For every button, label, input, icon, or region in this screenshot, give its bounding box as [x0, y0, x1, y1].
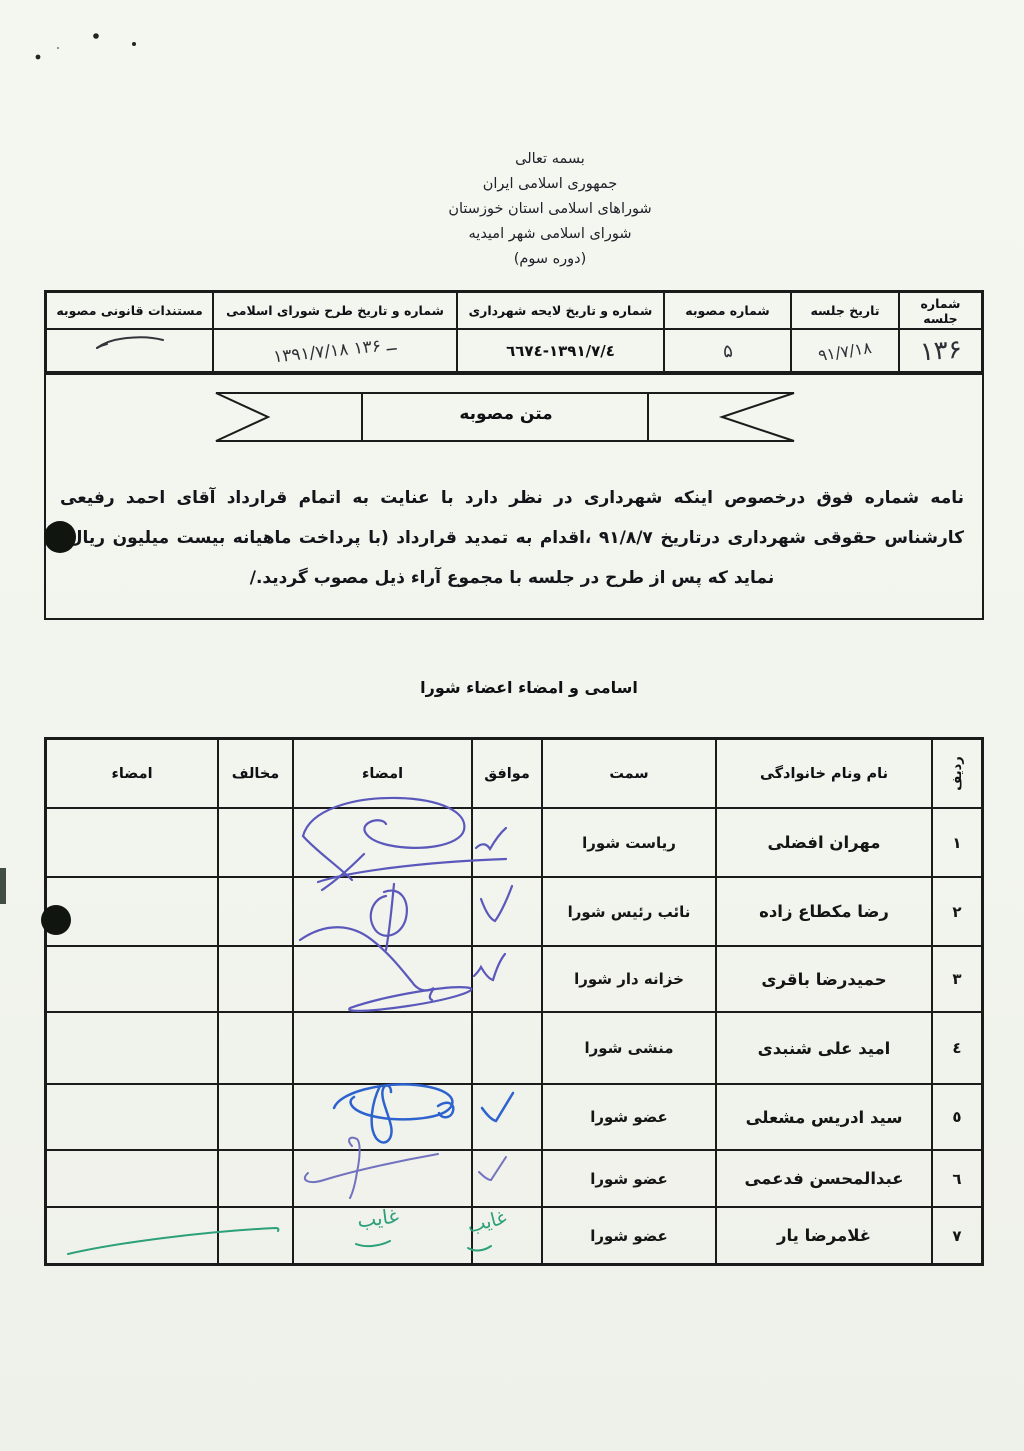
member-name: غلامرضا یار [716, 1207, 932, 1264]
signature-cell [293, 877, 472, 946]
meta-col-bill: شماره و تاریخ لایحه شهرداری [457, 292, 664, 329]
oppose-signature-cell [46, 877, 218, 946]
signature-cell [293, 946, 472, 1012]
resolution-line-1: نامه شماره فوق درخصوص اینکه شهرداری در ن… [60, 480, 964, 516]
member-position: منشی شورا [542, 1012, 716, 1084]
member-position: خزانه دار شورا [542, 946, 716, 1012]
col-name: نام ونام خانوادگی [716, 739, 932, 808]
meta-col-session-date: تاریخ جلسه [791, 292, 899, 329]
member-position: عضو شورا [542, 1207, 716, 1264]
meta-col-resolution-no: شماره مصوبه [664, 292, 791, 329]
row-no: ٥ [932, 1084, 982, 1150]
member-position: ریاست شورا [542, 808, 716, 877]
printed-bill-no-date: ١٣٩١/٧/٤-٦٦٧٤ [506, 342, 615, 360]
agree-mark-cell [472, 877, 542, 946]
scan-edge-artifact [0, 868, 6, 904]
scanned-council-resolution-page: بسمه تعالی جمهوری اسلامی ایران شوراهای ا… [0, 0, 1024, 1451]
scan-specks [36, 33, 136, 59]
col-signature: امضاء [293, 739, 472, 808]
member-position: عضو شورا [542, 1084, 716, 1150]
oppose-mark-cell [218, 946, 293, 1012]
meta-col-legal-docs: مستندات قانونی مصوبه [46, 292, 213, 329]
member-name: حمیدرضا باقری [716, 946, 932, 1012]
oppose-signature-cell [46, 946, 218, 1012]
members-table: ردیف نام ونام خانوادگی سمت موافق امضاء م… [44, 737, 984, 1266]
member-name: امید علی شنبدی [716, 1012, 932, 1084]
oppose-signature-cell [46, 1150, 218, 1207]
meta-table: شماره جلسه تاریخ جلسه شماره مصوبه شماره … [44, 290, 984, 375]
meta-value-bill: ١٣٩١/٧/٤-٦٦٧٤ [457, 329, 664, 373]
signature-cell [293, 808, 472, 877]
meta-col-plan: شماره و تاریخ طرح شورای اسلامی [213, 292, 457, 329]
letterhead: بسمه تعالی جمهوری اسلامی ایران شوراهای ا… [38, 147, 1024, 272]
members-heading: اسامی و امضاء اعضاء شورا [17, 678, 1024, 697]
row-no: ٢ [932, 877, 982, 946]
member-position: نائب رئیس شورا [542, 877, 716, 946]
member-name: سید ادریس مشعلی [716, 1084, 932, 1150]
member-name: عبدالمحسن فدعمی [716, 1150, 932, 1207]
oppose-signature-cell [46, 1012, 218, 1084]
row-no: ٤ [932, 1012, 982, 1084]
oppose-mark-cell [218, 808, 293, 877]
agree-mark-cell [472, 1084, 542, 1150]
oppose-mark-cell [218, 1084, 293, 1150]
oppose-mark-cell [218, 1150, 293, 1207]
oppose-signature-cell [46, 1084, 218, 1150]
handwritten-session-no: ۱۳۶ [919, 335, 963, 368]
row-no: ٦ [932, 1150, 982, 1207]
agree-mark-cell [472, 808, 542, 877]
member-name: رضا مکطاع زاده [716, 877, 932, 946]
col-oppose-signature: امضاء [46, 739, 218, 808]
col-row-no: ردیف [932, 739, 982, 808]
member-name: مهران افضلی [716, 808, 932, 877]
meta-value-resolution-no: ۵ [664, 329, 791, 373]
resolution-line-2: کارشناس حقوقی شهرداری درتاریخ ٩١/٨/٧ ،اق… [60, 520, 964, 556]
country-line: جمهوری اسلامی ایران [38, 172, 1024, 197]
ribbon-title: متن مصوبه [364, 404, 648, 424]
row-no: ٣ [932, 946, 982, 1012]
signature-cell [293, 1150, 472, 1207]
signature-cell [293, 1084, 472, 1150]
meta-value-legal-docs [46, 329, 213, 373]
org-province-line: شوراهای اسلامی استان خوزستان [38, 197, 1024, 222]
meta-col-session-no: شماره جلسه [899, 292, 982, 329]
oppose-signature-cell [46, 1207, 218, 1264]
meta-value-session-no: ۱۳۶ [899, 329, 982, 373]
handwritten-plan-no-date: ۱۳۹۱/۷/۱۸ ــ ۱۳۶ [273, 335, 398, 368]
member-position: عضو شورا [542, 1150, 716, 1207]
resolution-line-3: نماید که پس از طرح در جلسه با مجموع آراء… [60, 560, 964, 596]
row-no: ١ [932, 808, 982, 877]
oppose-signature-cell [46, 808, 218, 877]
col-oppose: مخالف [218, 739, 293, 808]
oppose-mark-cell [218, 1012, 293, 1084]
meta-value-session-date: ۹۱/۷/۱۸ [791, 329, 899, 373]
handwritten-session-date: ۹۱/۷/۱۸ [817, 337, 873, 364]
oppose-mark-cell [218, 1207, 293, 1264]
col-position: سمت [542, 739, 716, 808]
basmala-line: بسمه تعالی [38, 147, 1024, 172]
col-agree: موافق [472, 739, 542, 808]
signature-cell [293, 1012, 472, 1084]
handwritten-resolution-no: ۵ [721, 340, 734, 362]
row-no: ٧ [932, 1207, 982, 1264]
col-row-no-label: ردیف [950, 756, 965, 791]
term-line: (دوره سوم) [38, 247, 1024, 272]
agree-mark-cell [472, 1150, 542, 1207]
org-city-line: شورای اسلامی شهر امیدیه [38, 222, 1024, 247]
meta-value-plan: ۱۳۹۱/۷/۱۸ ــ ۱۳۶ [213, 329, 457, 373]
oppose-mark-cell [218, 877, 293, 946]
agree-mark-cell [472, 1012, 542, 1084]
agree-mark-cell [472, 946, 542, 1012]
